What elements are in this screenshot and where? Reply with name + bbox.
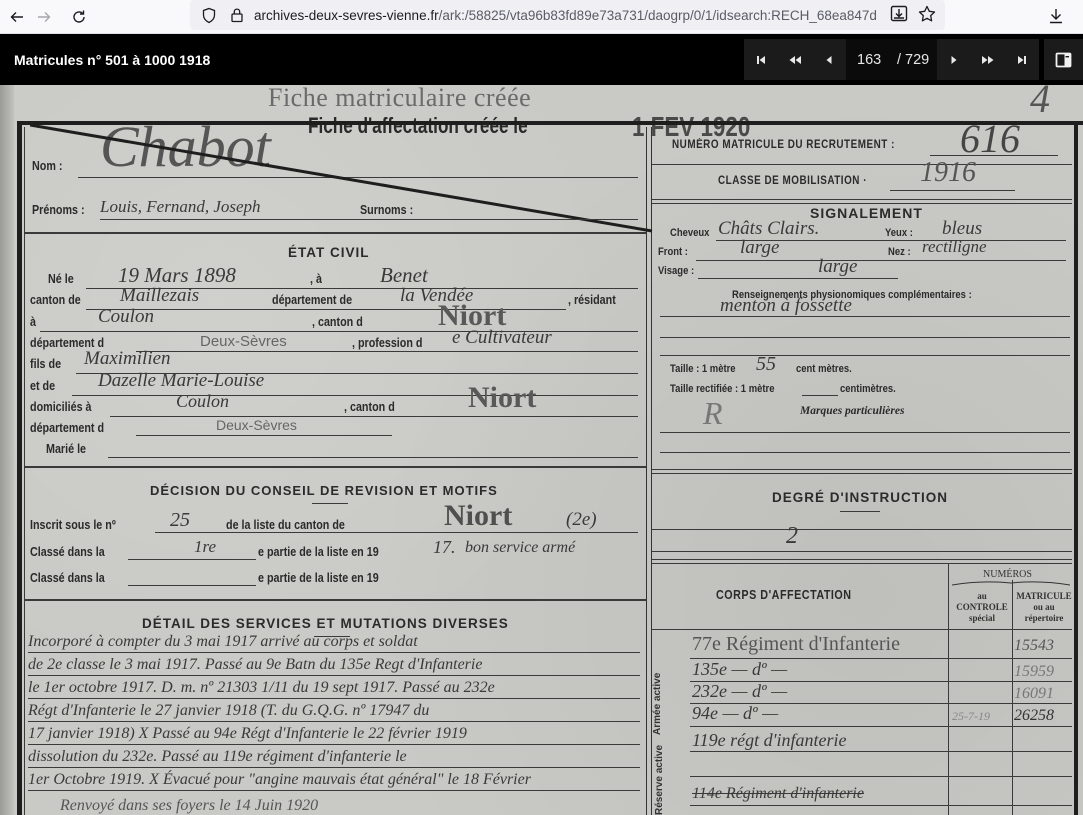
fast-rewind-icon	[788, 54, 802, 66]
nez-value: rectiligne	[922, 237, 987, 257]
visage-value: large	[818, 256, 857, 278]
nez-label: Nez :	[888, 246, 911, 258]
marques-particulieres-value: R	[703, 395, 723, 432]
service-line: Incorporé à compter du 3 mai 1917 arrivé…	[28, 633, 418, 651]
save-page-icon	[889, 4, 909, 24]
pagination: 163 / 729	[744, 39, 1039, 80]
service-line: le 1er octobre 1917. D. m. nº 21303 1/11…	[28, 679, 495, 697]
scanned-record-card: Fiche matriculaire créée Fiche d'affecta…	[0, 85, 1083, 815]
next-block-button[interactable]	[971, 39, 1005, 80]
lock-icon[interactable]	[226, 5, 248, 25]
domicilies-label: domiciliés à	[30, 400, 92, 414]
reload-button[interactable]	[62, 2, 96, 32]
reserve-active-label: Réserve active	[654, 793, 668, 815]
browser-toolbar: archives-deux-sevres-vienne.fr/ark:/5882…	[0, 0, 1083, 34]
bookmark-star-icon	[917, 4, 937, 24]
prenoms-label: Prénoms :	[32, 203, 85, 217]
departement3-value: Deux-Sèvres	[216, 417, 297, 433]
birthplace-label: , à	[310, 272, 322, 286]
service-line: 17 janvier 1918) X Passé au 94e Régt d'I…	[28, 725, 467, 743]
detail-services-heading: DÉTAIL DES SERVICES ET MUTATIONS DIVERSE…	[142, 616, 509, 631]
marques-particulieres-label: Marques particulières	[800, 405, 904, 417]
et-de-value: Dazelle Marie-Louise	[98, 370, 264, 392]
classe-mobilisation-label: CLASSE DE MOBILISATION ·	[718, 175, 867, 187]
armee-active-label: Armée active	[652, 703, 666, 725]
matricule-cell: 15959	[1014, 663, 1054, 681]
pager-next-group	[937, 39, 1039, 80]
degre-instruction-heading: DEGRÉ D'INSTRUCTION	[772, 490, 948, 505]
service-line: 1er Octobre 1919. X Évacué pour "angine …	[28, 771, 531, 789]
degre-instruction-value: 2	[786, 523, 798, 550]
renseignements-value: menton à fossette	[720, 295, 852, 317]
canton3-label: , canton d	[344, 400, 395, 414]
caret-right-icon	[949, 54, 959, 66]
prenoms-value: Louis, Fernand, Joseph	[100, 197, 261, 217]
corps-cell: 94e — dº —	[692, 703, 778, 724]
service-line: dissolution du 232e. Passé au 119e régim…	[28, 748, 407, 766]
residant-a-value: Coulon	[98, 306, 154, 328]
next-page-button[interactable]	[937, 39, 971, 80]
profession-value: e Cultivateur	[452, 327, 552, 349]
first-page-button[interactable]	[744, 39, 778, 80]
frame-left	[17, 121, 22, 815]
front-value: large	[740, 237, 779, 259]
classe1-mid-label: e partie de la liste en 19	[258, 545, 379, 559]
corps-cell: 77e Régiment d'Infanterie	[692, 633, 900, 656]
taille-rectifiee-unit: centimètres.	[840, 383, 896, 395]
document-viewer[interactable]: Fiche matriculaire créée Fiche d'affecta…	[0, 85, 1083, 815]
classe2-mid-label: e partie de la liste en 19	[258, 571, 379, 585]
save-page-button[interactable]	[889, 4, 909, 29]
last-page-button[interactable]	[1005, 39, 1039, 80]
taille-rectifiee-label: Taille rectifiée : 1 mètre	[670, 383, 774, 395]
departement2-value: Deux-Sèvres	[200, 333, 287, 350]
et-de-label: et de	[30, 379, 55, 393]
visage-label: Visage :	[658, 265, 694, 277]
url-host: archives-deux-sevres-vienne.fr	[254, 8, 439, 23]
page-edge	[0, 85, 14, 815]
front-label: Front :	[658, 246, 688, 258]
first-page-icon	[755, 54, 767, 66]
corps-cell: 135e — dº —	[692, 659, 787, 680]
corps-affectation-heading: CORPS D'AFFECTATION	[716, 588, 852, 602]
pager-prev-group	[744, 39, 846, 80]
numeros-brace	[952, 579, 1070, 587]
shield-icon[interactable]	[198, 5, 220, 25]
url-text[interactable]: archives-deux-sevres-vienne.fr/ark:/5882…	[254, 8, 894, 23]
caret-left-icon	[824, 54, 834, 66]
forward-button[interactable]	[27, 2, 61, 32]
classe1-value: 1re	[194, 537, 216, 557]
forward-arrow-icon	[36, 9, 52, 25]
classe1-year: 17.	[433, 537, 456, 558]
back-arrow-icon	[9, 9, 25, 25]
matricule-cell: 16091	[1014, 685, 1054, 703]
frame-right	[1074, 121, 1078, 815]
liste-canton-suffix: (2e)	[566, 509, 597, 531]
page-indicator: 163 / 729	[846, 39, 937, 80]
reload-icon	[71, 9, 87, 25]
classe-mobilisation-value: 1916	[920, 157, 976, 189]
etat-civil-heading: ÉTAT CIVIL	[288, 245, 370, 260]
signalement-heading: SIGNALEMENT	[810, 205, 923, 221]
service-line: Régt d'Infanterie le 27 janvier 1918 (T.…	[28, 702, 429, 720]
decision-heading: DÉCISION DU CONSEIL DE REVISION ET MOTIF…	[150, 483, 498, 498]
taille-value: 55	[756, 353, 776, 376]
current-page-input[interactable]: 163	[857, 52, 891, 68]
header-stamp-fiche-matriculaire: Fiche matriculaire créée	[268, 85, 531, 113]
departement-label: département de	[272, 293, 352, 307]
residant-a-label: à	[30, 315, 36, 329]
service-line: Renvoyé dans ses foyers le 14 Juin 1920	[60, 797, 318, 815]
canton-value: Maillezais	[120, 285, 199, 307]
document-title: Matricules n° 501 à 1000 1918	[14, 52, 210, 68]
armee-active-text: Armée active	[652, 673, 663, 735]
toggle-panel-button[interactable]	[1044, 39, 1083, 80]
corps-cell: 119e régt d'infanterie	[692, 730, 847, 751]
residant-label: , résidant	[568, 293, 616, 307]
inscrit-label: Inscrit sous le nº	[30, 518, 116, 532]
taille-unit: cent mètres.	[796, 363, 852, 375]
marie-le-label: Marié le	[46, 442, 86, 456]
inscrit-value: 25	[170, 509, 190, 532]
previous-block-button[interactable]	[778, 39, 812, 80]
profession-label: , profession d	[352, 336, 422, 350]
classe1-note: bon service armé	[465, 539, 575, 557]
col-matricule-repertoire: MATRICULE ou au répertoire	[1015, 591, 1073, 624]
address-bar[interactable]: archives-deux-sevres-vienne.fr/ark:/5882…	[190, 0, 945, 30]
cheveux-label: Cheveux	[670, 227, 709, 239]
fils-de-value: Maximilien	[84, 348, 171, 370]
domicilies-value: Coulon	[176, 391, 229, 412]
liste-canton-label: de la liste du canton de	[226, 518, 345, 532]
classe2-label: Classé dans la	[30, 571, 105, 585]
surnoms-label: Surnoms :	[360, 203, 413, 217]
taille-label: Taille : 1 mètre	[670, 363, 736, 375]
previous-page-button[interactable]	[812, 39, 846, 80]
last-page-icon	[1016, 54, 1028, 66]
liste-canton-value: Niort	[444, 499, 512, 533]
bookmark-button[interactable]	[917, 4, 937, 29]
col-controle-special: au CONTROLE spécial	[953, 591, 1011, 624]
reserve-active-text: Réserve active	[654, 745, 665, 815]
service-line: de 2e classe le 3 mai 1917. Passé au 9e …	[28, 656, 482, 674]
matricule-cell: 26258	[1014, 707, 1054, 725]
numero-matricule-label: NUMÉRO MATRICULE DU RECRUTEMENT :	[672, 139, 895, 151]
downloads-button[interactable]	[1042, 2, 1070, 30]
ne-le-label: Né le	[48, 272, 74, 286]
departement3-label: département d	[30, 421, 104, 435]
viewer-toolbar: Matricules n° 501 à 1000 1918 163 / 729	[0, 35, 1083, 85]
canton3-value: Niort	[468, 381, 536, 415]
total-pages: / 729	[897, 52, 929, 68]
corner-mark: 4	[1030, 85, 1050, 122]
downloads-icon	[1047, 7, 1065, 25]
canton-label: canton de	[30, 293, 81, 307]
fils-de-label: fils de	[30, 357, 61, 371]
classe1-label: Classé dans la	[30, 545, 105, 559]
controle-cell: 25-7-19	[952, 709, 990, 724]
fast-forward-icon	[981, 54, 995, 66]
corps-cell: 114e Régiment d'infanterie	[692, 785, 864, 803]
canton2-label: , canton d	[312, 315, 363, 329]
corps-cell: 232e — dº —	[692, 681, 787, 702]
matricule-cell: 15543	[1014, 637, 1054, 655]
side-panel-icon	[1055, 52, 1072, 68]
url-path: /ark:/58825/vta96b83fd89e73a731/daogrp/0…	[439, 8, 877, 23]
yeux-label: Yeux :	[885, 227, 913, 239]
